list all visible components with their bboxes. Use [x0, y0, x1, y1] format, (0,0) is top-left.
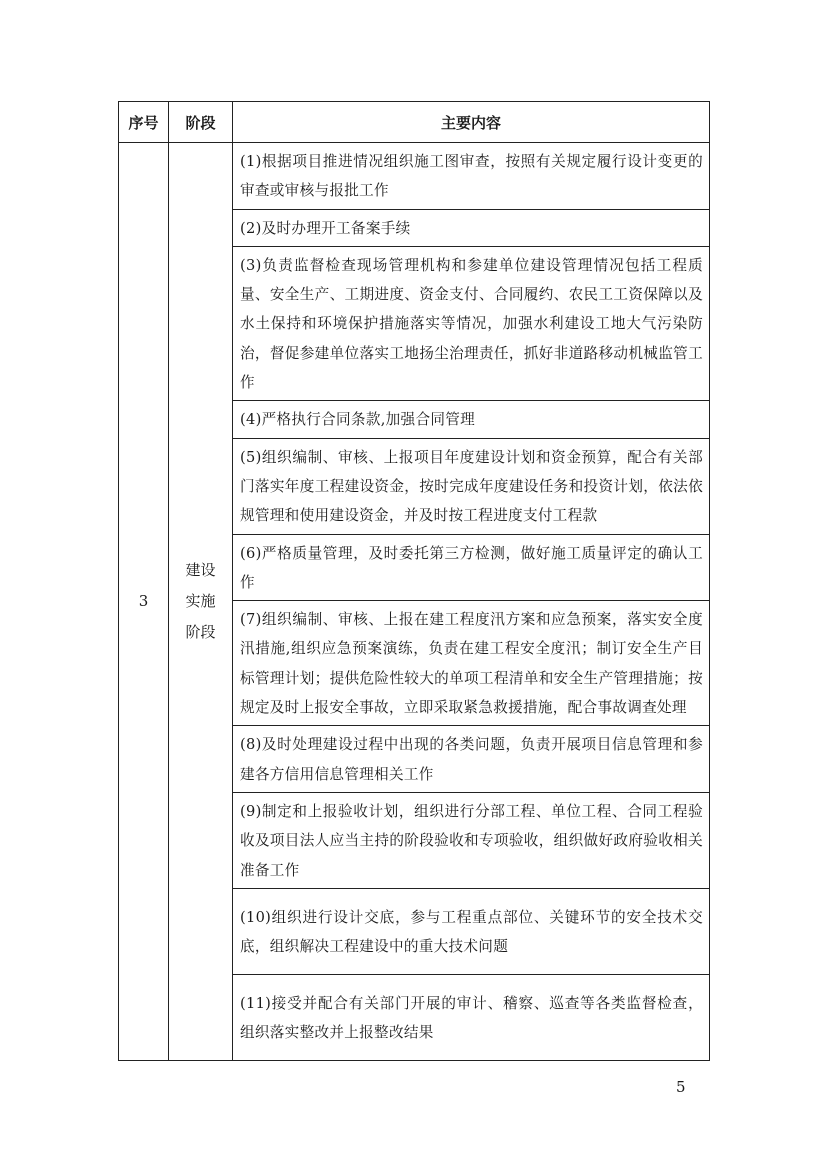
content-item-5: (5)组织编制、审核、上报项目年度建设计划和资金预算，配合有关部门落实年度工程建…	[233, 438, 710, 534]
stage-line: 建设	[169, 555, 232, 586]
content-item-2: (2)及时办理开工备案手续	[233, 209, 710, 246]
content-item-4: (4)严格执行合同条款,加强合同管理	[233, 401, 710, 438]
content-item-11: (11)接受并配合有关部门开展的审计、稽察、巡查等各类监督检查，组织落实整改并上…	[233, 974, 710, 1060]
responsibility-table: 序号 阶段 主要内容 3 建设 实施 阶段 (1)根据项目推进情况组织施工图审查…	[118, 101, 710, 1061]
page-number: 5	[676, 1078, 686, 1096]
content-item-6: (6)严格质量管理，及时委托第三方检测，做好施工质量评定的确认工作	[233, 534, 710, 601]
stage-line: 实施	[169, 586, 232, 617]
header-content: 主要内容	[233, 102, 710, 143]
table-row: 3 建设 实施 阶段 (1)根据项目推进情况组织施工图审查，按照有关规定履行设计…	[119, 143, 710, 210]
content-item-10: (10)组织进行设计交底，参与工程重点部位、关键环节的安全技术交底，组织解决工程…	[233, 888, 710, 974]
row-stage: 建设 实施 阶段	[169, 143, 233, 1061]
content-item-8: (8)及时处理建设过程中出现的各类问题，负责开展项目信息管理和参建各方信用信息管…	[233, 726, 710, 793]
table-header-row: 序号 阶段 主要内容	[119, 102, 710, 143]
content-item-7: (7)组织编制、审核、上报在建工程度汛方案和应急预案，落实安全度汛措施,组织应急…	[233, 601, 710, 726]
header-stage: 阶段	[169, 102, 233, 143]
row-number: 3	[119, 143, 169, 1061]
content-item-9: (9)制定和上报验收计划，组织进行分部工程、单位工程、合同工程验收及项目法人应当…	[233, 792, 710, 888]
stage-line: 阶段	[169, 617, 232, 648]
content-item-3: (3)负责监督检查现场管理机构和参建单位建设管理情况包括工程质量、安全生产、工期…	[233, 246, 710, 400]
content-item-1: (1)根据项目推进情况组织施工图审查，按照有关规定履行设计变更的审查或审核与报批…	[233, 143, 710, 210]
header-number: 序号	[119, 102, 169, 143]
